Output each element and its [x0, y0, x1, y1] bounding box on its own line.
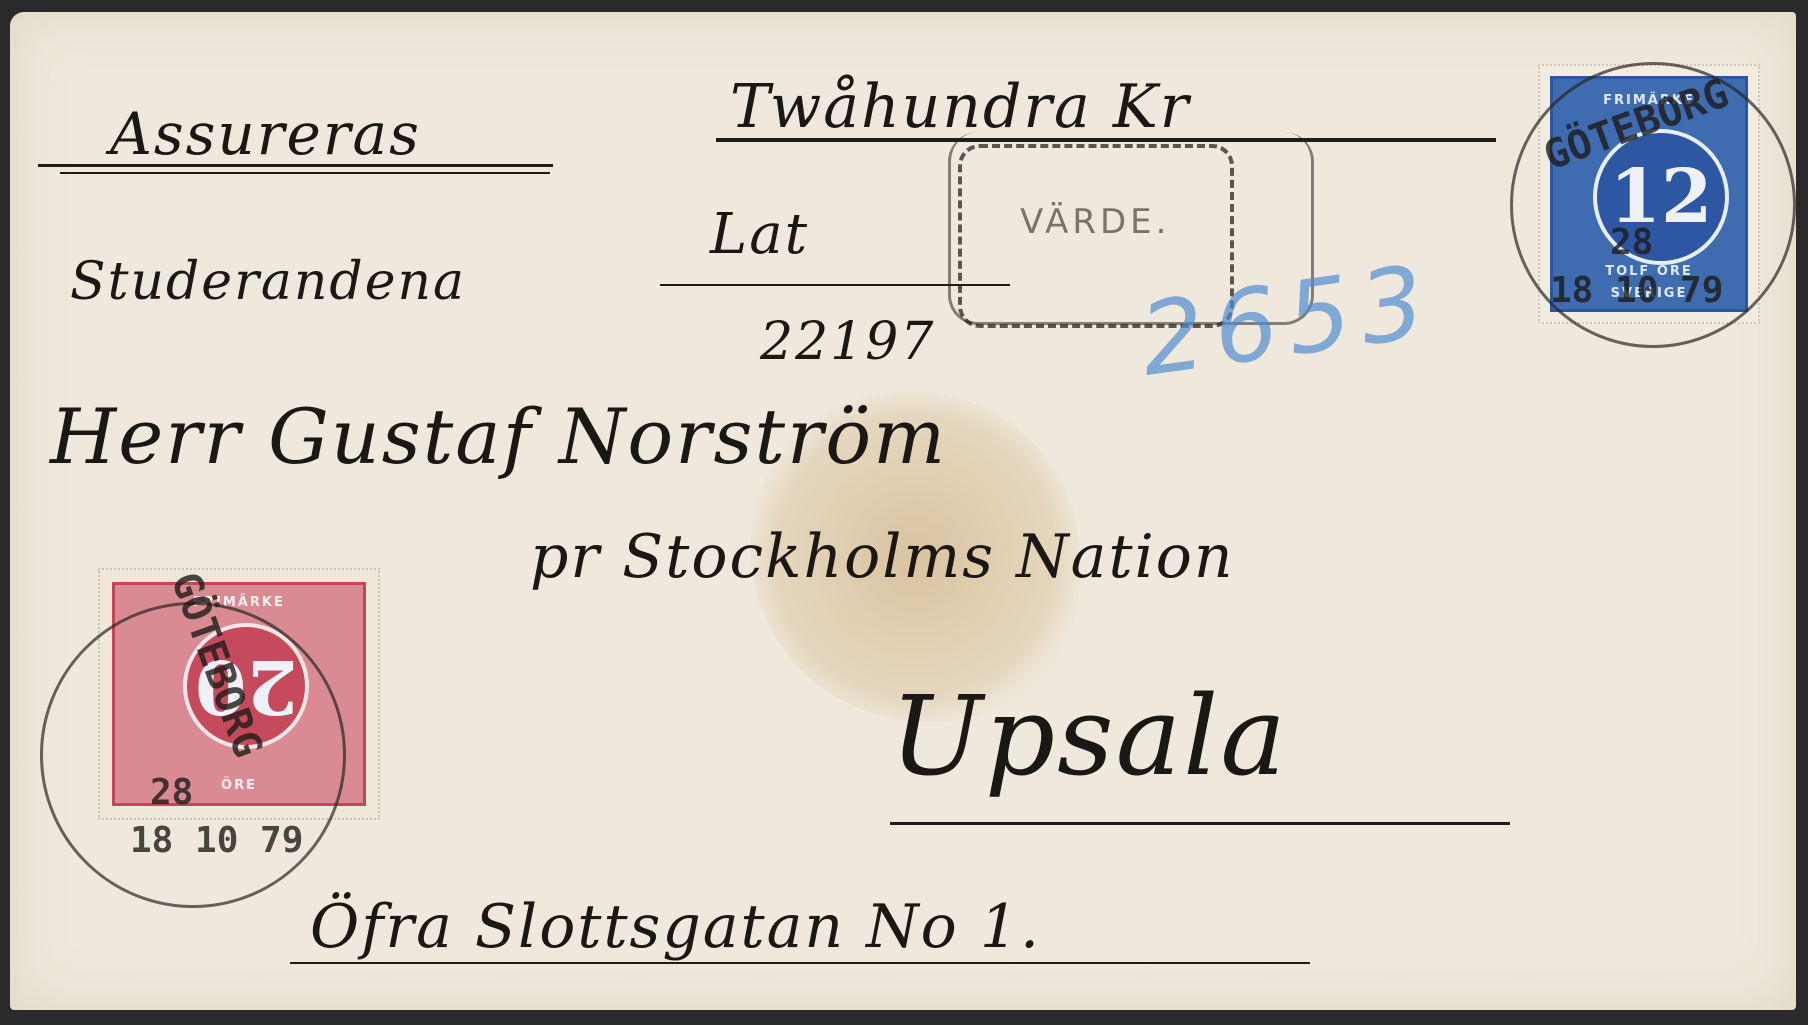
annotation-assureras: Assureras [110, 100, 421, 168]
address-line-4: Upsala [890, 672, 1288, 800]
address-line-2: Herr Gustaf Norström [50, 392, 947, 481]
postmark-1-slot: 28 [1610, 222, 1653, 263]
underline-fee [660, 284, 1010, 286]
underline-assureras [38, 164, 553, 167]
underline-assureras-2 [60, 172, 550, 174]
postmark-2-date: 18 10 79 [130, 820, 303, 861]
address-line-1: Studerandena [70, 252, 466, 312]
postmark-2-slot: 28 [150, 772, 193, 813]
address-line-5: Öfra Slottsgatan No 1. [310, 892, 1041, 962]
envelope: Assureras Twåhundra Kr VÄRDE. Lat 22197 … [10, 12, 1796, 1010]
address-line-3: pr Stockholms Nation [530, 522, 1235, 592]
value-handstamp-text: VÄRDE. [1020, 202, 1170, 242]
underline-street [290, 962, 1310, 964]
underline-city [890, 822, 1510, 825]
annotation-fee: Lat [710, 202, 809, 267]
postmark-1-date: 18 10 79 [1550, 270, 1723, 311]
registration-number: 22197 [760, 312, 935, 372]
